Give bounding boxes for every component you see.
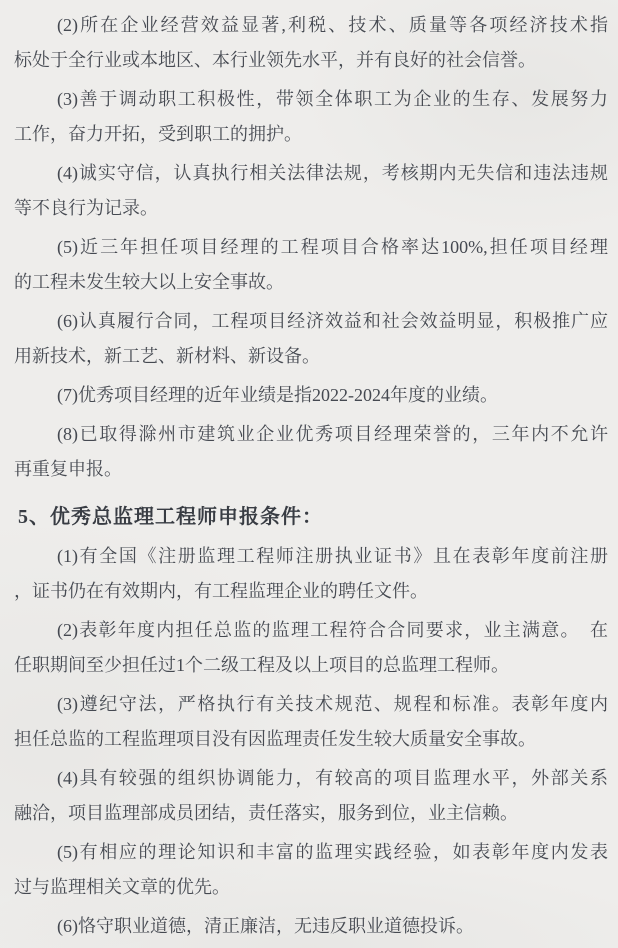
document-line: 担任总监的工程监理项目没有因监理责任发生较大质量安全事故。 — [14, 722, 608, 757]
scanned-document-page: (2)所在企业经营效益显著,利税、技术、质量等各项经济技术指 标处于全行业或本地… — [0, 0, 618, 948]
document-line: (3)善于调动职工积极性，带领全体职工为企业的生存、发展努力 — [14, 82, 608, 117]
document-line: 的工程未发生较大以上安全事故。 — [14, 265, 608, 300]
document-line: ，证书仍在有效期内，有工程监理企业的聘任文件。 — [14, 574, 608, 609]
document-line: 再重复申报。 — [14, 452, 608, 487]
document-line: (2)所在企业经营效益显著,利税、技术、质量等各项经济技术指 — [14, 8, 608, 43]
document-line: (6)恪守职业道德，清正廉洁，无违反职业道德投诉。 — [14, 909, 608, 944]
document-line: (4)具有较强的组织协调能力，有较高的项目监理水平，外部关系 — [14, 761, 608, 796]
document-line: 融洽，项目监理部成员团结，责任落实，服务到位，业主信赖。 — [14, 796, 608, 831]
document-line: (3)遵纪守法，严格执行有关技术规范、规程和标准。表彰年度内 — [14, 687, 608, 722]
document-line: 过与监理相关文章的优先。 — [14, 870, 608, 905]
document-line: (5)有相应的理论知识和丰富的监理实践经验，如表彰年度内发表 — [14, 835, 608, 870]
document-line: (4)诚实守信，认真执行相关法律法规，考核期内无失信和违法违规 — [14, 156, 608, 191]
document-line: (5)近三年担任项目经理的工程项目合格率达100%,担任项目经理 — [14, 230, 608, 265]
document-line: 等不良行为记录。 — [14, 191, 608, 226]
section-5-heading: 5、优秀总监理工程师申报条件： — [18, 499, 608, 535]
document-line: (1)有全国《注册监理工程师注册执业证书》且在表彰年度前注册 — [14, 539, 608, 574]
document-line: 工作，奋力开拓，受到职工的拥护。 — [14, 117, 608, 152]
document-line: (6)认真履行合同，工程项目经济效益和社会效益明显，积极推广应 — [14, 304, 608, 339]
document-line: 任职期间至少担任过1个二级工程及以上项目的总监理工程师。 — [14, 648, 608, 683]
document-line: 用新技术，新工艺、新材料、新设备。 — [14, 339, 608, 374]
document-line: (2)表彰年度内担任总监的监理工程符合合同要求，业主满意。 在 — [14, 613, 608, 648]
document-line: (7)优秀项目经理的近年业绩是指2022-2024年度的业绩。 — [14, 378, 608, 413]
document-line: 标处于全行业或本地区、本行业领先水平，并有良好的社会信誉。 — [14, 43, 608, 78]
document-line: (8)已取得滁州市建筑业企业优秀项目经理荣誉的，三年内不允许 — [14, 417, 608, 452]
